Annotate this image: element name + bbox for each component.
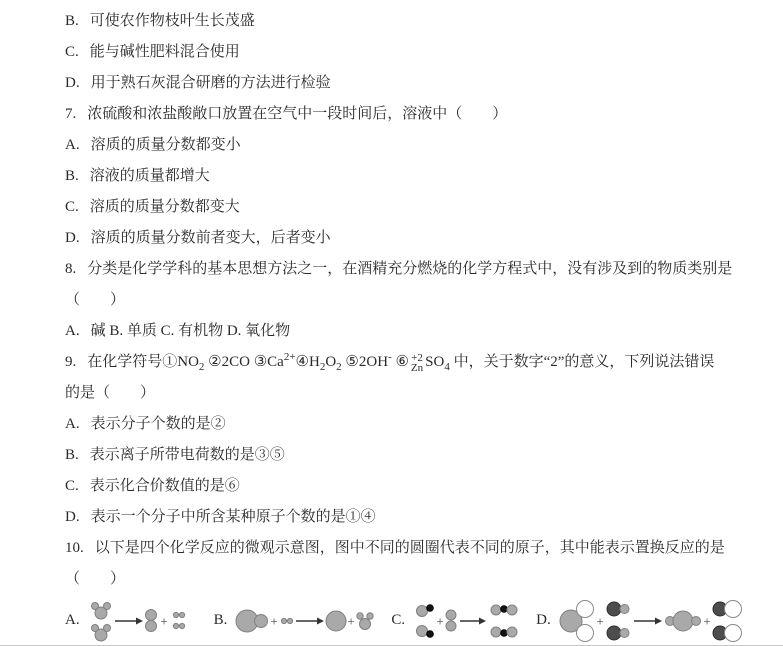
- text-run: 在化学符号①NO: [87, 354, 199, 370]
- option-line: B.可使农作物枝叶生长茂盛: [65, 6, 753, 37]
- option-line: A.碱 B. 单质 C. 有机物 D. 氧化物: [65, 316, 753, 347]
- text-run: （ ）: [65, 292, 125, 308]
- option-label: D.: [65, 509, 80, 525]
- gray-atom: [620, 604, 629, 613]
- text-run: 溶质的质量分数都变大: [90, 199, 240, 215]
- option-line: B.溶液的质量都增大: [65, 161, 753, 192]
- gray-atom: [367, 612, 373, 618]
- gray-atom: [691, 616, 700, 625]
- black-atom: [501, 605, 508, 612]
- option-label: B.: [65, 168, 79, 184]
- text-run: SO: [425, 354, 444, 370]
- text-run: 表示离子所带电荷数的是③⑤: [90, 447, 285, 463]
- reaction-diagram-c: +: [410, 598, 525, 644]
- reaction-diagrams-row: A.+B.++C.+D.++: [65, 597, 753, 644]
- reaction-diagram-b: ++: [232, 598, 380, 644]
- gray-atom: [417, 605, 428, 616]
- reaction-diagram-a: +: [85, 598, 203, 644]
- option-label: C.: [65, 44, 79, 60]
- option-line: D.溶质的质量分数前者变大，后者变小: [65, 223, 753, 254]
- reaction-arrow-head: [317, 617, 324, 624]
- text-run: ⑤2OH: [342, 354, 388, 370]
- text-run: 以下是四个化学反应的微观示意图，图中不同的圆圈代表不同的原子，其中能表示置换反应…: [95, 540, 725, 556]
- text-run: 碱 B. 单质 C. 有机物 D. 氧化物: [91, 323, 291, 339]
- option-label: A.: [65, 137, 80, 153]
- diagram-option-label: C.: [391, 605, 405, 636]
- gray-atom: [91, 602, 98, 609]
- gray-atom: [255, 614, 268, 627]
- option-label: C.: [65, 199, 79, 215]
- reaction-arrow-head: [655, 617, 662, 624]
- gray-atom: [145, 609, 156, 620]
- dark-atom: [607, 602, 621, 616]
- gray-atom: [491, 605, 501, 615]
- option-label: A.: [65, 323, 80, 339]
- text-run: 表示化合价数值的是⑥: [90, 478, 240, 494]
- question-number: 9.: [65, 354, 76, 370]
- continuation-line: （ ）: [65, 285, 753, 316]
- question-number: 7.: [65, 106, 76, 122]
- option-line: C.能与碱性肥料混合使用: [65, 37, 753, 68]
- diagram-option-label: A.: [65, 605, 80, 636]
- white-atom: [576, 624, 593, 641]
- gray-atom: [673, 611, 693, 631]
- gray-atom: [282, 618, 287, 623]
- option-line: A.溶质的质量分数都变小: [65, 130, 753, 161]
- option-label: B.: [65, 13, 79, 29]
- gray-atom: [173, 612, 178, 617]
- gray-atom: [179, 623, 184, 628]
- exam-document: B.可使农作物枝叶生长茂盛C.能与碱性肥料混合使用D.用于熟石灰混合研磨的方法进…: [0, 0, 783, 646]
- text-run: ④H: [296, 354, 320, 370]
- diagram-option-label: B.: [214, 605, 228, 636]
- black-atom: [501, 629, 508, 636]
- text-run: 能与碱性肥料混合使用: [90, 44, 240, 60]
- text-run: 表示分子个数的是②: [91, 416, 226, 432]
- gray-atom: [507, 627, 517, 637]
- gray-atom: [91, 624, 98, 631]
- text-run: ⑥: [392, 354, 409, 370]
- question-line: 7.浓硫酸和浓盐酸敞口放置在空气中一段时间后，溶液中（ ）: [65, 99, 753, 130]
- text-run: ②2CO ③Ca: [204, 354, 283, 370]
- black-atom: [427, 630, 434, 637]
- text-run: 可使农作物枝叶生长茂盛: [90, 13, 255, 29]
- question-list: B.可使农作物枝叶生长茂盛C.能与碱性肥料混合使用D.用于熟石灰混合研磨的方法进…: [65, 6, 753, 644]
- reaction-arrow-head: [479, 617, 486, 624]
- option-line: D.用于熟石灰混合研磨的方法进行检验: [65, 68, 753, 99]
- dark-atom: [607, 626, 621, 640]
- text-run: 表示一个分子中所含某种原子个数的是①④: [91, 509, 376, 525]
- option-label: D.: [65, 75, 80, 91]
- plus-sign: +: [348, 613, 355, 628]
- white-atom: [724, 600, 741, 617]
- question-line: 8.分类是化学学科的基本思想方法之一，在酒精充分燃烧的化学方程式中，没有涉及到的…: [65, 254, 753, 285]
- option-line: A.表示分子个数的是②: [65, 409, 753, 440]
- gray-atom: [173, 623, 178, 628]
- text-run: 用于熟石灰混合研磨的方法进行检验: [91, 75, 331, 91]
- gray-atom: [446, 621, 456, 631]
- plus-sign: +: [703, 613, 710, 628]
- text-run: O: [325, 354, 336, 370]
- gray-atom: [288, 618, 293, 623]
- plus-sign: +: [436, 613, 443, 628]
- option-line: C.溶质的质量分数都变大: [65, 192, 753, 223]
- gray-atom: [417, 625, 428, 636]
- question-number: 10.: [65, 540, 84, 556]
- gray-atom: [145, 620, 156, 631]
- option-label: A.: [65, 416, 80, 432]
- text-run: 浓硫酸和浓盐酸敞口放置在空气中一段时间后，溶液中（ ）: [87, 106, 507, 122]
- white-atom: [724, 624, 741, 641]
- option-label: C.: [65, 478, 79, 494]
- gray-atom: [357, 612, 363, 618]
- option-label: B.: [65, 447, 79, 463]
- gray-atom: [103, 624, 110, 631]
- element-symbol: Zn: [411, 363, 423, 373]
- reaction-diagram-d: ++: [556, 596, 756, 646]
- gray-atom: [491, 627, 501, 637]
- gray-atom: [360, 618, 371, 629]
- option-line: D.表示一个分子中所含某种原子个数的是①④: [65, 502, 753, 533]
- continuation-line: 的是（ ）: [65, 378, 753, 409]
- text-run: 的是（ ）: [65, 385, 155, 401]
- text-run: 分类是化学学科的基本思想方法之一，在酒精充分燃烧的化学方程式中，没有涉及到的物质…: [87, 261, 732, 277]
- gray-atom: [446, 610, 456, 620]
- superscript: 2+: [284, 351, 296, 363]
- question-line: 9.在化学符号①NO2 ②2CO ③Ca2+④H2O2 ⑤2OH- ⑥+2ZnS…: [65, 347, 753, 378]
- text-run: 溶质的质量分数前者变大，后者变小: [91, 230, 331, 246]
- black-atom: [427, 604, 434, 611]
- plus-sign: +: [160, 613, 167, 628]
- question-number: 8.: [65, 261, 76, 277]
- gray-atom: [507, 605, 517, 615]
- gray-atom: [620, 628, 629, 637]
- gray-atom: [103, 602, 110, 609]
- plus-sign: +: [596, 613, 603, 628]
- text-run: 溶质的质量分数都变小: [91, 137, 241, 153]
- text-run: 溶液的质量都增大: [90, 168, 210, 184]
- diagram-option-label: D.: [536, 605, 551, 636]
- white-atom: [576, 600, 593, 617]
- option-line: C.表示化合价数值的是⑥: [65, 471, 753, 502]
- question-line: 10.以下是四个化学反应的微观示意图，图中不同的圆圈代表不同的原子，其中能表示置…: [65, 533, 753, 564]
- gray-atom: [326, 611, 346, 631]
- continuation-line: （ ）: [65, 564, 753, 595]
- reaction-arrow-head: [136, 617, 143, 624]
- gray-atom: [179, 612, 184, 617]
- text-run: （ ）: [65, 571, 125, 587]
- plus-sign: +: [271, 613, 278, 628]
- valence-stack: +2Zn: [411, 353, 423, 373]
- option-label: D.: [65, 230, 80, 246]
- text-run: 中，关于数字“2”的意义，下列说法错误: [450, 354, 715, 370]
- option-line: B.表示离子所带电荷数的是③⑤: [65, 440, 753, 471]
